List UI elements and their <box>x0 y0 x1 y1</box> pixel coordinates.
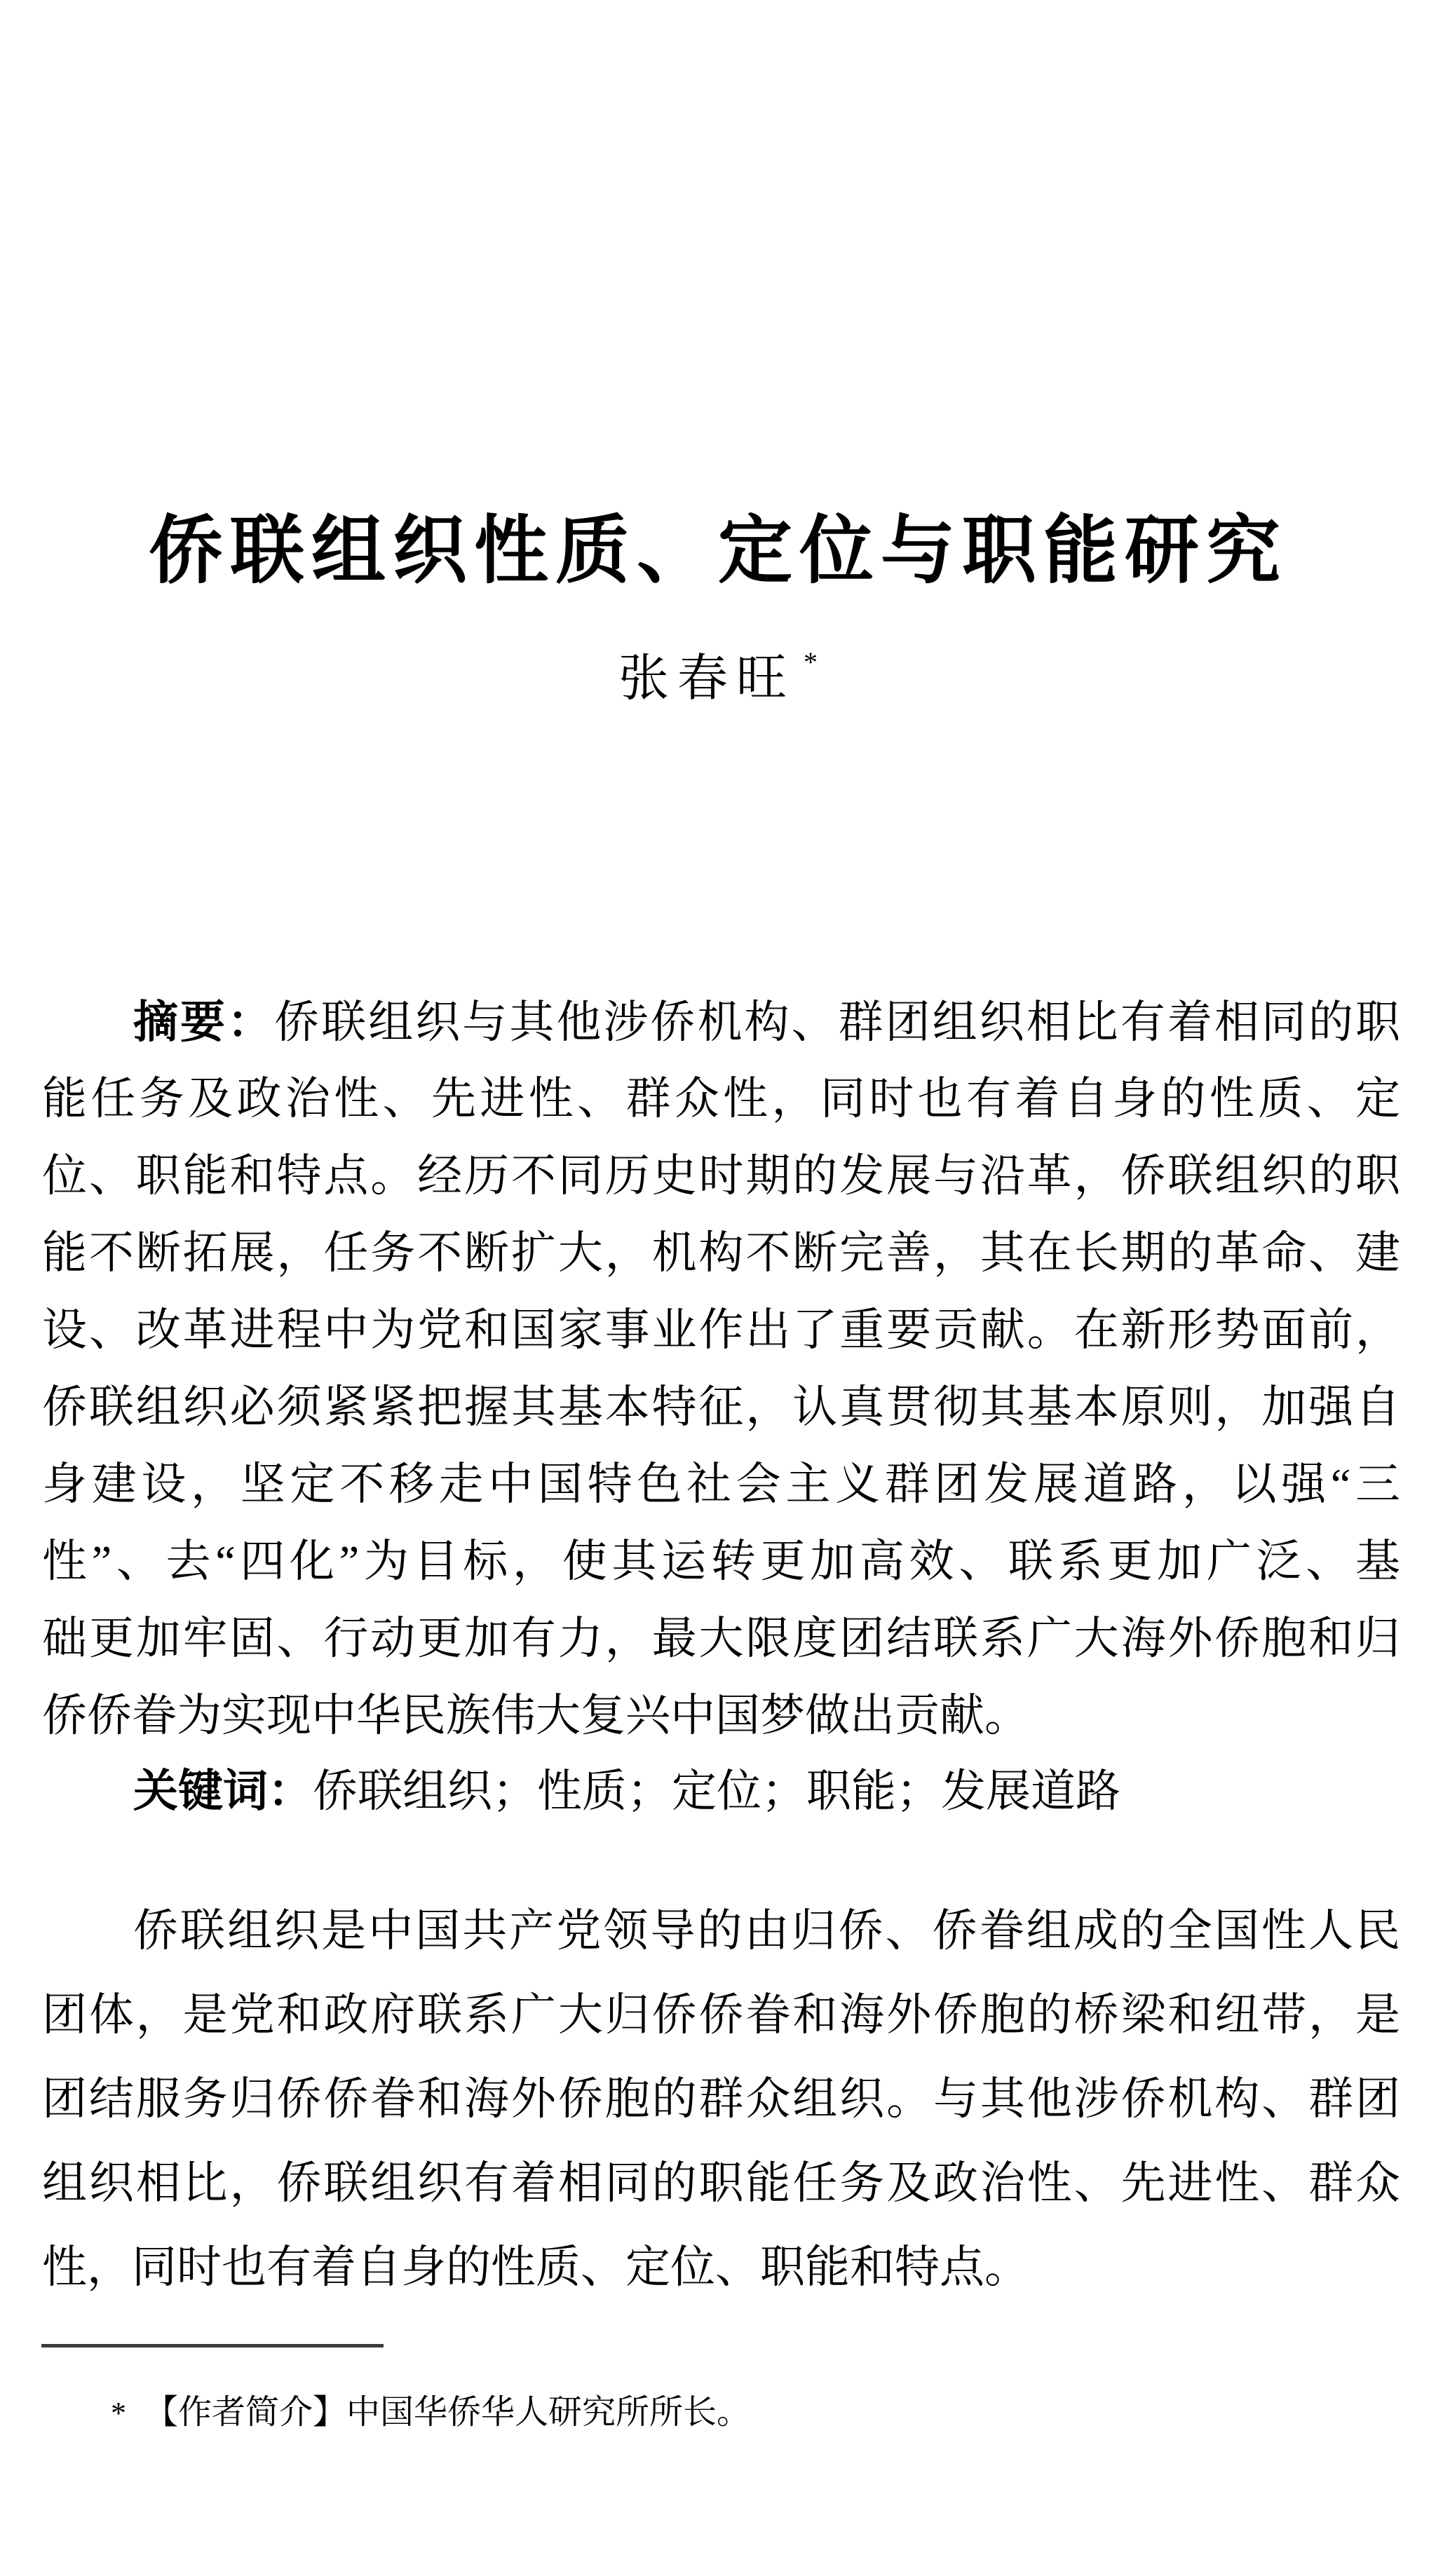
abstract-line: 身建设，坚定不移走中国特色社会主义群团发展道路，以强“三 <box>42 1446 1400 1523</box>
keywords-line: 关键词：侨联组织；性质；定位；职能；发展道路 <box>42 1752 1400 1830</box>
body-line: 团体，是党和政府联系广大归侨侨眷和海外侨胞的桥梁和纽带，是 <box>42 1973 1400 2057</box>
abstract-line: 础更加牢固、行动更加有力，最大限度团结联系广大海外侨胞和归 <box>42 1600 1400 1677</box>
footnote-divider <box>41 2344 384 2347</box>
abstract-line-text: 侨联组织与其他涉侨机构、群团组织相比有着相同的职 <box>274 997 1400 1047</box>
footnote-text: 【作者简介】中国华侨华人研究所所长。 <box>144 2394 750 2431</box>
document-page: 侨联组织性质、定位与职能研究 张春旺* 摘要：侨联组织与其他涉侨机构、群团组织相… <box>0 0 1436 2576</box>
footnote-marker: * <box>111 2392 126 2434</box>
body-paragraph: 侨联组织是中国共产党领导的由归侨、侨眷组成的全国性人民 团体，是党和政府联系广大… <box>42 1889 1400 2310</box>
article-title: 侨联组织性质、定位与职能研究 <box>0 510 1436 593</box>
footnote: *【作者简介】中国华侨华人研究所所长。 <box>111 2392 750 2434</box>
abstract-line: 位、职能和特点。经历不同历史时期的发展与沿革，侨联组织的职 <box>42 1138 1400 1215</box>
body-line: 侨联组织是中国共产党领导的由归侨、侨眷组成的全国性人民 <box>42 1889 1400 1973</box>
abstract-label: 摘要： <box>133 997 274 1047</box>
body-line: 性，同时也有着自身的性质、定位、职能和特点。 <box>42 2226 1400 2310</box>
abstract-section: 摘要：侨联组织与其他涉侨机构、群团组织相比有着相同的职 能任务及政治性、先进性、… <box>42 983 1400 1754</box>
author-name: 张春旺 <box>618 650 795 707</box>
abstract-line: 性”、去“四化”为目标，使其运转更加高效、联系更加广泛、基 <box>42 1523 1400 1600</box>
abstract-line: 能不断拓展，任务不断扩大，机构不断完善，其在长期的革命、建 <box>42 1215 1400 1292</box>
keywords-label: 关键词： <box>133 1766 313 1816</box>
author-footnote-marker: * <box>804 646 818 678</box>
abstract-line: 能任务及政治性、先进性、群众性，同时也有着自身的性质、定 <box>42 1061 1400 1138</box>
keywords-text: 侨联组织；性质；定位；职能；发展道路 <box>313 1766 1120 1816</box>
body-line: 团结服务归侨侨眷和海外侨胞的群众组织。与其他涉侨机构、群团 <box>42 2057 1400 2141</box>
abstract-line: 侨侨眷为实现中华民族伟大复兴中国梦做出贡献。 <box>42 1677 1400 1754</box>
abstract-line: 设、改革进程中为党和国家事业作出了重要贡献。在新形势面前， <box>42 1292 1400 1369</box>
author-line: 张春旺* <box>0 634 1436 707</box>
body-line: 组织相比，侨联组织有着相同的职能任务及政治性、先进性、群众 <box>42 2141 1400 2226</box>
abstract-line: 侨联组织必须紧紧把握其基本特征，认真贯彻其基本原则，加强自 <box>42 1369 1400 1446</box>
abstract-line: 摘要：侨联组织与其他涉侨机构、群团组织相比有着相同的职 <box>42 983 1400 1061</box>
